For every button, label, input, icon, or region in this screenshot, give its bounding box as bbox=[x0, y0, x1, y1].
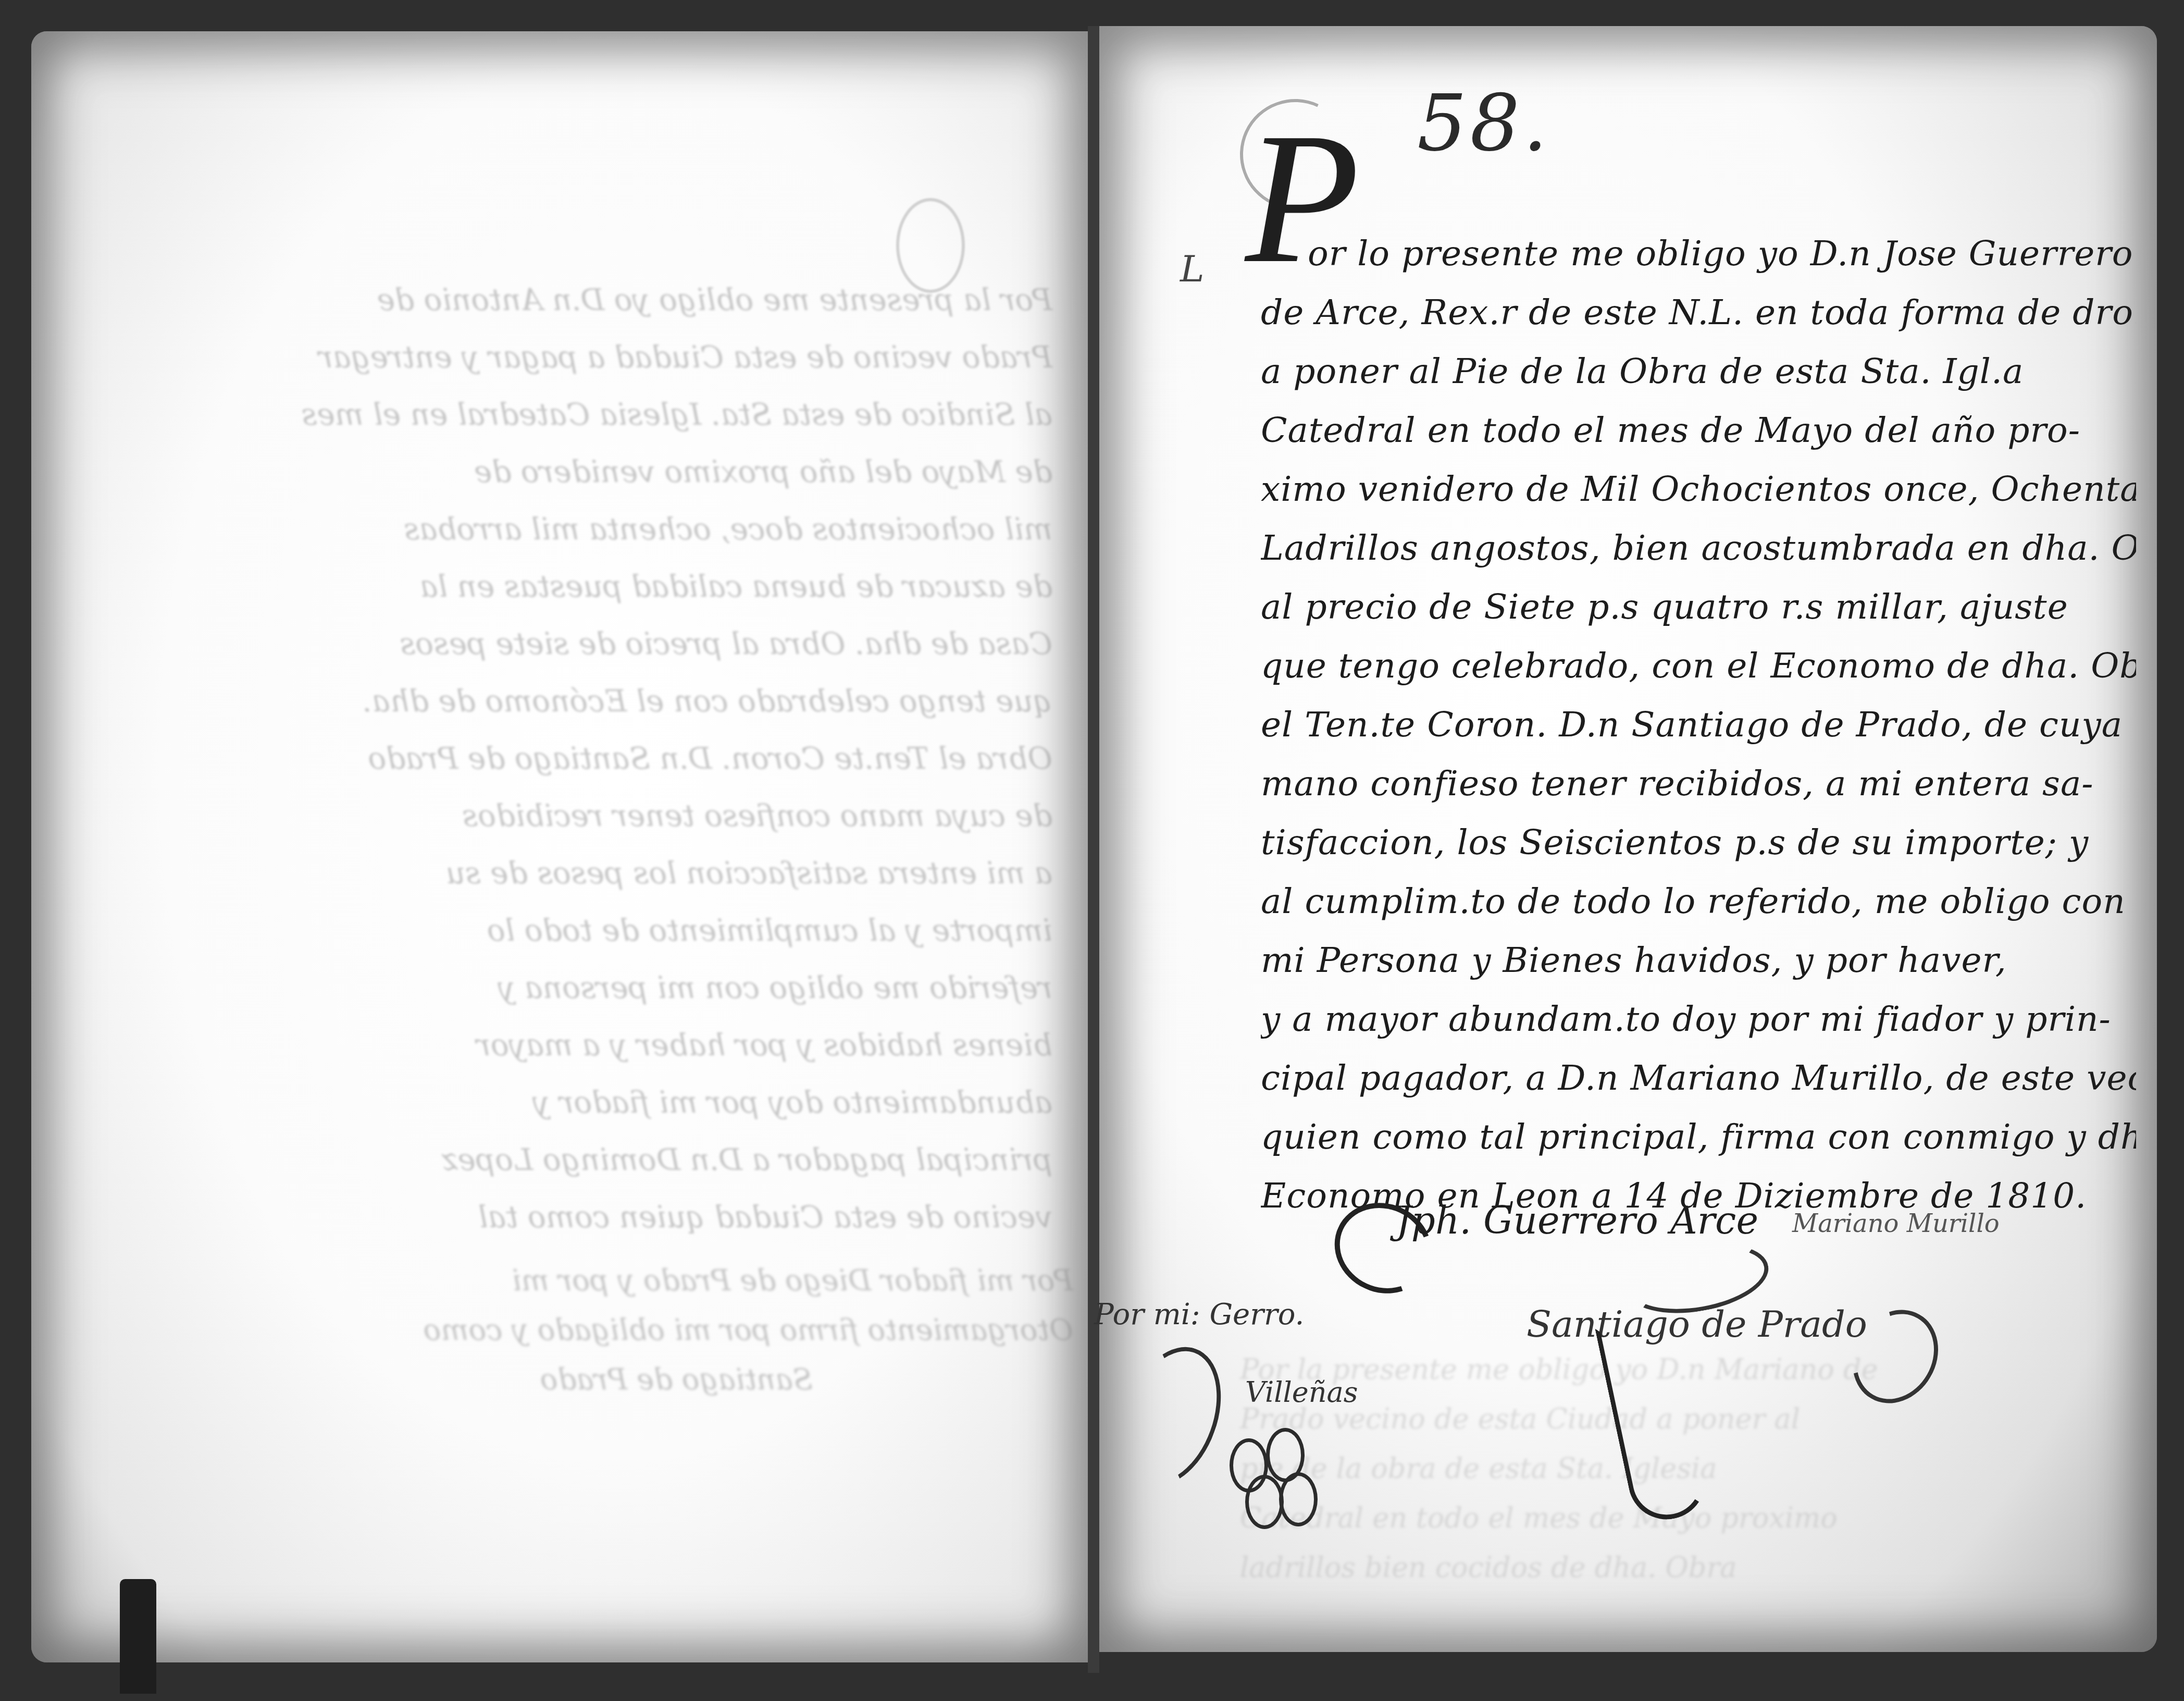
bleed-line: al Sindico de esta Sta. Iglesia Catedral… bbox=[89, 386, 1052, 443]
left-page-bleed-through: Por la presente me obligo yo D.n Antonio… bbox=[89, 271, 1052, 1246]
text-line: que tengo celebrado, con el Economo de d… bbox=[1261, 636, 2136, 695]
text-line: Ladrillos angostos, bien acostumbrada en… bbox=[1261, 519, 2136, 577]
text-line: Catedral en todo el mes de Mayo del año … bbox=[1261, 401, 2136, 460]
bleed-line: Otorgamiento firmo por mi obligado y com… bbox=[83, 1305, 1073, 1355]
bleed-line: Prado vecino de esta Ciudad a pagar y en… bbox=[89, 328, 1052, 386]
margin-mark: L bbox=[1180, 248, 1204, 290]
bleed-line: de Mayo del año proximo venidero de bbox=[89, 443, 1052, 500]
bleed-line: de cuya mano confieso tener recibidos bbox=[89, 787, 1052, 844]
bleed-line: abundamiento doy por mi fiador y bbox=[89, 1074, 1052, 1131]
text-line: al cumplim.to de todo lo referido, me ob… bbox=[1261, 872, 2136, 931]
bleed-line: de azucar de buena calidad puestas en la bbox=[89, 558, 1052, 615]
bleed-line: Obra el Ten.te Coron. D.n Santiago de Pr… bbox=[89, 730, 1052, 787]
binding-tab bbox=[120, 1579, 156, 1694]
bleed-line: vecino de esta Ciudad quien como tal bbox=[89, 1188, 1052, 1246]
text-line: cipal pagador, a D.n Mariano Murillo, de… bbox=[1261, 1049, 2136, 1107]
bleed-line: que tengo celebrado con el Ecónomo de dh… bbox=[89, 672, 1052, 730]
text-line: mano confieso tener recibidos, a mi ente… bbox=[1261, 754, 2136, 813]
bleed-line: referido me obligo con mi persona y bbox=[89, 959, 1052, 1016]
bleed-line: principal pagador a D.n Domingo Lopez bbox=[89, 1131, 1052, 1188]
text-line: el Ten.te Coron. D.n Santiago de Prado, … bbox=[1261, 695, 2136, 754]
text-line: a poner al Pie de la Obra de esta Sta. I… bbox=[1261, 342, 2136, 401]
text-line: quien como tal principal, firma con conm… bbox=[1261, 1107, 2136, 1166]
bleed-line: Casa de dha. Obra al precio de siete pes… bbox=[89, 615, 1052, 672]
left-page-bleed-lower: Por mi fiador Diego de Prado y por mi Ot… bbox=[83, 1256, 1073, 1404]
text-line: or lo presente me obligo yo D.n Jose Gue… bbox=[1261, 224, 2136, 283]
folio-number: 58. bbox=[1417, 78, 1551, 169]
bleed-line: Por mi fiador Diego de Prado y por mi bbox=[83, 1256, 1073, 1305]
book-spine-divider bbox=[1088, 26, 1099, 1673]
text-line: y a mayor abundam.to doy por mi fiador y… bbox=[1261, 990, 2136, 1049]
signature-villenas: Villeñas bbox=[1245, 1376, 1358, 1409]
witness-line: Por mi: Gerro. bbox=[1094, 1298, 1304, 1332]
signature-guerrero: Jph. Guerrero Arce bbox=[1396, 1199, 1758, 1242]
rubric-loops-icon bbox=[1230, 1407, 1313, 1522]
text-line: ximo venidero de Mil Ochocientos once, O… bbox=[1261, 460, 2136, 519]
text-line: al precio de Siete p.s quatro r.s millar… bbox=[1261, 577, 2136, 636]
faded-line: ladrillos bien cocidos de dha. Obra bbox=[1240, 1543, 2126, 1592]
bleed-line: bienes habidos y por haber y a mayor bbox=[89, 1016, 1052, 1074]
text-line: de Arce, Rex.r de este N.L. en toda form… bbox=[1261, 283, 2136, 342]
bleed-line: Por la presente me obligo yo D.n Antonio… bbox=[89, 271, 1052, 328]
text-line: mi Persona y Bienes havidos, y por haver… bbox=[1261, 931, 2136, 990]
bleed-line: mil ochocientos doce, ochenta mil arroba… bbox=[89, 500, 1052, 558]
bleed-line: Santiago de Prado bbox=[83, 1355, 1073, 1404]
signature-prado: Santiago de Prado bbox=[1527, 1303, 1867, 1346]
text-line: tisfaccion, los Seiscientos p.s de su im… bbox=[1261, 813, 2136, 872]
bleed-line: a mi entera satisfaccion los pesos de su bbox=[89, 844, 1052, 902]
handwritten-body: or lo presente me obligo yo D.n Jose Gue… bbox=[1261, 224, 2136, 1225]
signature-murillo: Mariano Murillo bbox=[1792, 1209, 2000, 1238]
bleed-line: importe y al cumplimiento de todo lo bbox=[89, 902, 1052, 959]
